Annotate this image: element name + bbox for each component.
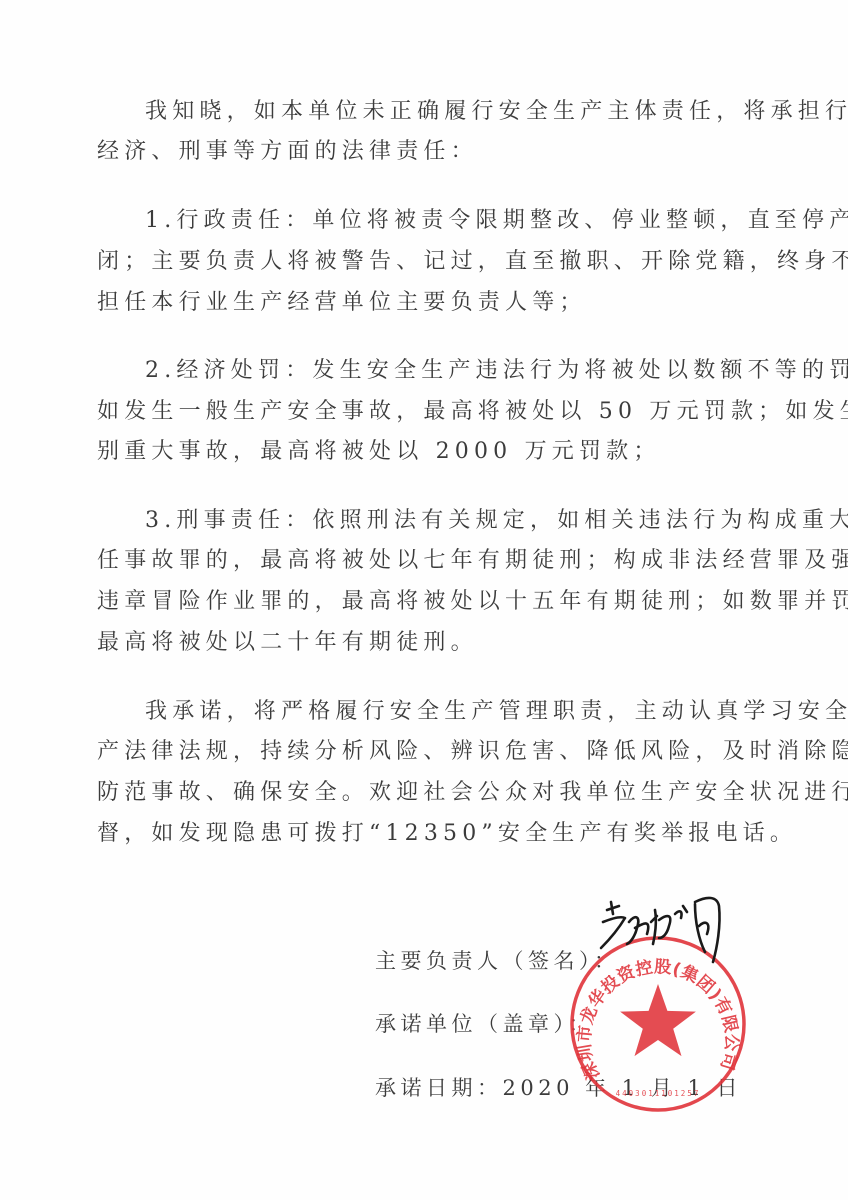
intro-line-1: 我知晓，如本单位未正确履行安全生产主体责任，将承担行政、 [145,97,848,127]
item-1-line-3: 担任本行业生产经营单位主要负责人等； [97,288,587,318]
item-1-line-2: 闭；主要负责人将被警告、记过，直至撤职、开除党籍，终身不得 [97,247,848,277]
commitment-line-4: 督，如发现隐患可拨打“12350”安全生产有奖举报电话。 [97,819,797,849]
item-2-line-1: 2.经济处罚：发生安全生产违法行为将被处以数额不等的罚款， [145,356,848,386]
handwritten-signature [595,892,735,972]
commitment-line-2: 产法律法规，持续分析风险、辨识危害、降低风险，及时消除隐患、 [97,737,848,767]
item-3-line-3: 违章冒险作业罪的，最高将被处以十五年有期徒刑；如数罪并罚， [97,587,848,617]
item-3-line-4: 最高将被处以二十年有期徒刑。 [97,628,478,658]
item-2-line-2: 如发生一般生产安全事故，最高将被处以 50 万元罚款；如发生特 [97,397,848,427]
date-label: 承诺日期： [375,1076,503,1100]
unit-seal-label: 承诺单位（盖章）： [375,1009,594,1039]
seal-star-icon [620,984,696,1056]
item-1-line-1: 1.行政责任：单位将被责令限期整改、停业整顿，直至停产关 [145,206,848,236]
commitment-line-1: 我承诺，将严格履行安全生产管理职责，主动认真学习安全生 [145,697,848,727]
item-3-line-2: 任事故罪的，最高将被处以七年有期徒刑；构成非法经营罪及强令 [97,546,848,576]
item-3-line-1: 3.刑事责任：依照刑法有关规定，如相关违法行为构成重大责 [145,506,848,536]
intro-line-2: 经济、刑事等方面的法律责任： [97,137,478,167]
document-page: 我知晓，如本单位未正确履行安全生产主体责任，将承担行政、 经济、刑事等方面的法律… [0,0,848,1200]
svg-text:4403011101257: 4403011101257 [616,1089,701,1098]
item-2-line-3: 别重大事故，最高将被处以 2000 万元罚款； [97,437,661,467]
commitment-line-3: 防范事故、确保安全。欢迎社会公众对我单位生产安全状况进行监 [97,778,848,808]
